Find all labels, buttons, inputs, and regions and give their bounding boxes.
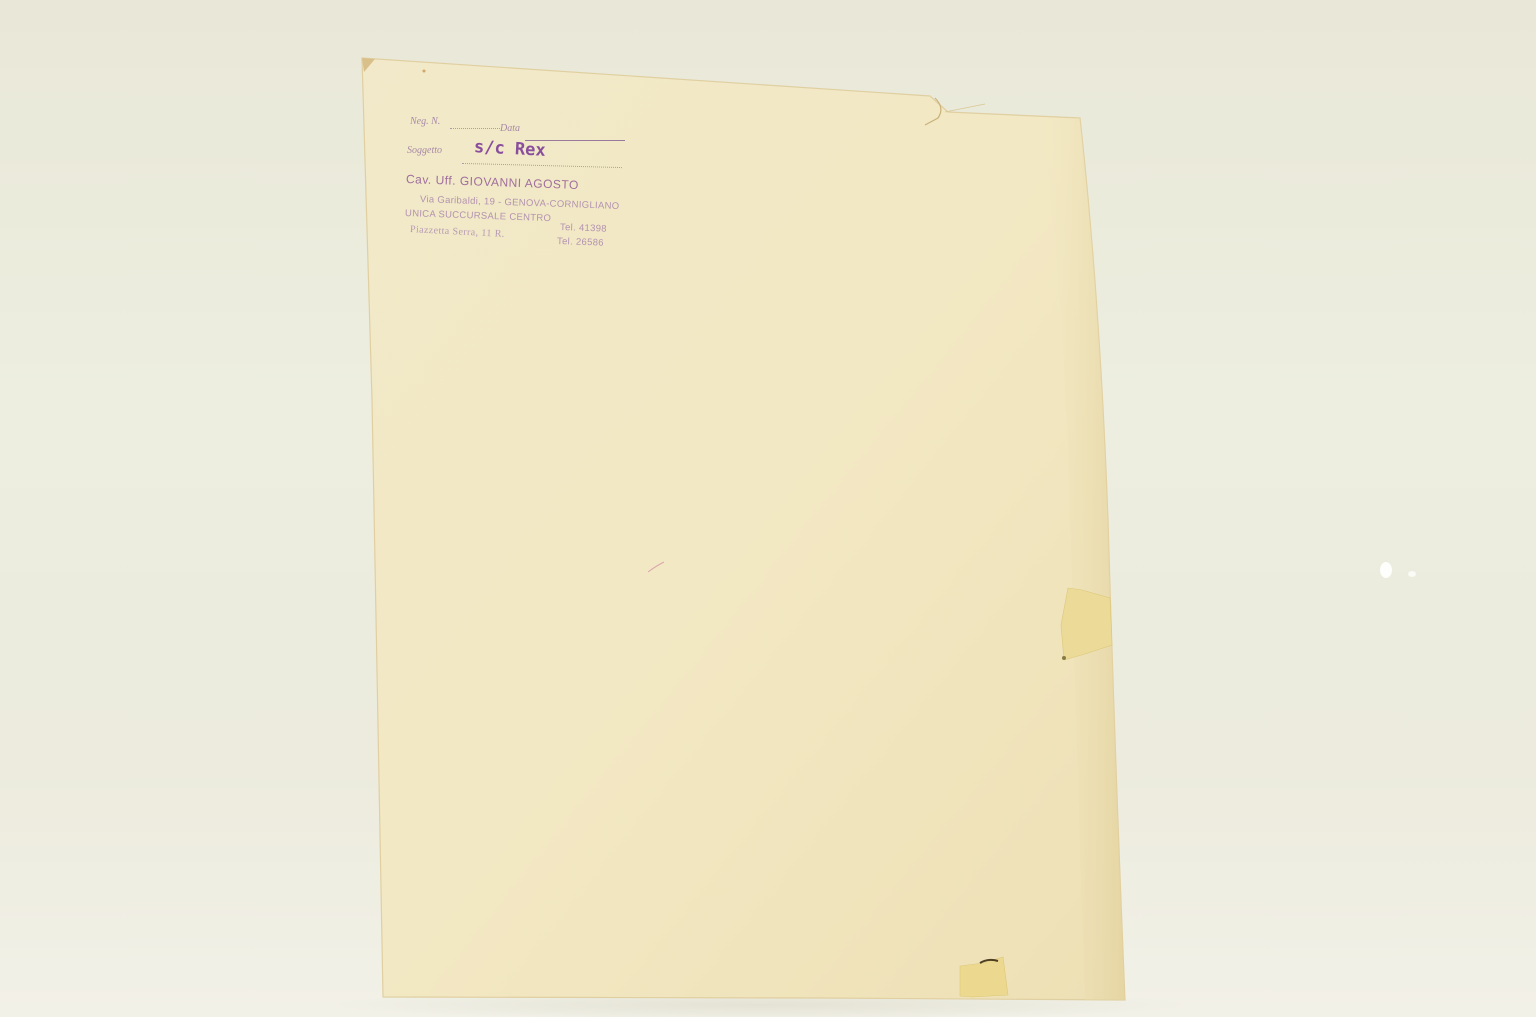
data-label: Data <box>500 123 520 134</box>
photo-scene <box>0 0 1536 1017</box>
neg-label: Neg. N. <box>410 116 440 127</box>
branch-tel2: Tel. 26586 <box>557 236 604 249</box>
soggetto-value: s/c Rex <box>474 137 547 161</box>
light-glare <box>1380 562 1392 578</box>
tape-stain <box>1062 656 1066 660</box>
branch-tel: Tel. 41398 <box>560 222 607 235</box>
soggetto-label: Soggetto <box>407 145 442 156</box>
foxing-spot <box>423 70 426 73</box>
neg-field-line <box>450 128 500 129</box>
paper-crack <box>945 104 985 112</box>
light-glare-2 <box>1408 571 1416 577</box>
